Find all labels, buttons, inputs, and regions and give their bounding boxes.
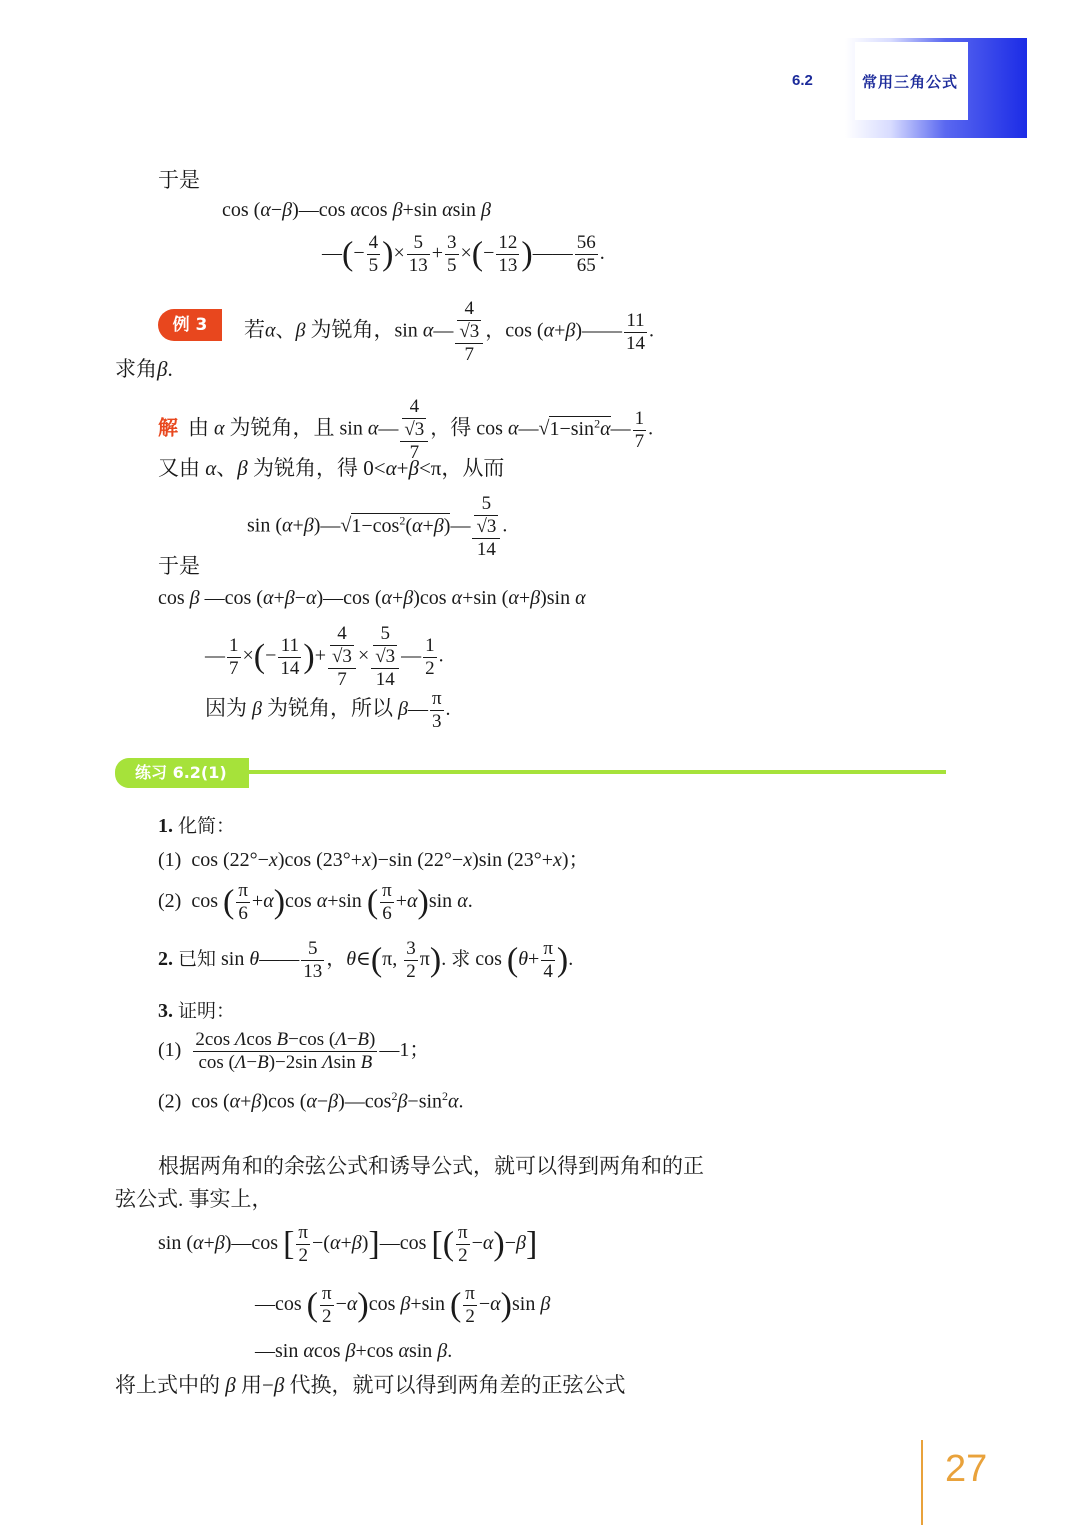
exercise-q1-title: 1. 化简： xyxy=(158,811,235,838)
section-title: 常用三角公式 xyxy=(862,71,958,92)
derivation-para-1: 根据两角和的余弦公式和诱导公式，就可以得到两角和的正 xyxy=(158,1153,704,1179)
derivation-eq-3: —sin αcos β+cos αsin β. xyxy=(255,1340,452,1363)
derivation-eq-1: sin (α+β)—cos [π2−(α+β)]—cos [(π2−α)−β] xyxy=(158,1222,537,1267)
solution-line-4: cos β —cos (α+β−α)—cos (α+β)cos α+sin (α… xyxy=(158,587,586,610)
exercise-q3-title: 3. 证明： xyxy=(158,996,235,1023)
exercise-divider xyxy=(249,770,946,774)
exercise-badge: 练习 6.2(1) xyxy=(115,758,249,788)
solution-line-1: 解 由 α 为锐角，且 sin α—4√37，得 cos α—√1−sin2α—… xyxy=(158,396,653,464)
equation-cos-diff: cos (α−β)—cos αcos β+sin αsin β xyxy=(222,199,491,222)
solution-line-5: —17×(−1114)+4√37×5√314—12. xyxy=(205,623,444,691)
equation-cos-diff-value: —(−45)×513+35×(−1213)——5665. xyxy=(322,232,605,277)
text-yushi-1: 于是 xyxy=(158,167,200,193)
page-number-divider xyxy=(921,1440,923,1525)
solution-line-2: 又由 α、β 为锐角，得 0<α+β<π，从而 xyxy=(158,455,504,481)
solution-line-3: sin (α+β)—√1−cos2(α+β)—5√314. xyxy=(247,493,507,561)
text-yushi-2: 于是 xyxy=(158,553,200,579)
exercise-q3-1: (1) 2cos Λcos B−cos (Λ−B)cos (Λ−B)−2sin … xyxy=(158,1029,429,1074)
section-number: 6.2 xyxy=(792,72,813,89)
exercise-q1-1: (1) cos (22°−x)cos (23°+x)−sin (22°−x)si… xyxy=(158,843,589,872)
derivation-eq-2: —cos (π2−α)cos β+sin (π2−α)sin β xyxy=(255,1283,550,1328)
exercise-q1-2: (2) cos (π6+α)cos α+sin (π6+α)sin α. xyxy=(158,880,473,925)
solution-line-6: 因为 β 为锐角，所以 β—π3. xyxy=(205,688,451,733)
example-statement: 若α、β 为锐角，sin α—4√37，cos (α+β)——1114. xyxy=(244,298,654,366)
page-number: 27 xyxy=(945,1448,987,1491)
derivation-para-3: 将上式中的 β 用−β 代换，就可以得到两角差的正弦公式 xyxy=(115,1372,626,1398)
exercise-q2: 2. 已知 sin θ——513，θ∈(π, 32π). 求 cos (θ+π4… xyxy=(158,938,573,983)
exercise-q3-2: (2) cos (α+β)cos (α−β)—cos2β−sin2α. xyxy=(158,1089,464,1114)
solution-label: 解 xyxy=(158,418,178,440)
example-badge: 例 3 xyxy=(158,309,222,341)
example-ask: 求角β. xyxy=(115,356,173,382)
derivation-para-2: 弦公式. 事实上， xyxy=(115,1186,273,1212)
